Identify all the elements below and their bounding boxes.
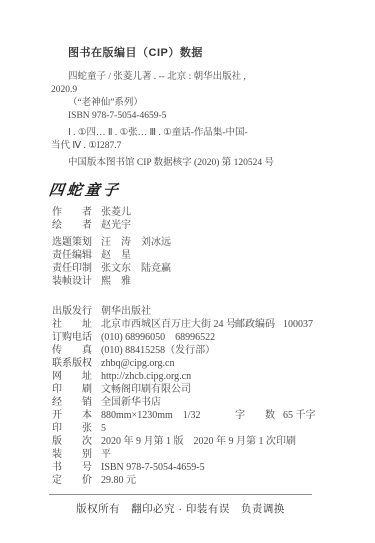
info-label: 传 真 — [52, 344, 93, 357]
publication-info: 作 者张菱儿绘 者赵光宇选题策划汪 涛 刘冰远责任编辑赵 星责任印制张文东 陆竞… — [52, 206, 375, 487]
info-label: 开 本 — [52, 409, 93, 422]
info-row: 出版发行朝华出版社 — [52, 305, 375, 318]
info-value: 张菱儿 — [101, 207, 131, 218]
info-label: 书 号 — [52, 461, 93, 474]
info-row: 开 本880mm×1230mm 1/32字 数65 千字 — [52, 409, 375, 422]
cip-line: 当代 Ⅳ . ①I287.7 — [51, 140, 347, 153]
info-label: 版 次 — [52, 435, 93, 448]
info-label: 责任编辑 — [52, 249, 93, 262]
cip-line: ISBN 978-7-5054-4659-5 — [51, 110, 347, 123]
info-label: 网 址 — [52, 370, 93, 383]
info-value: 汪 涛 刘冰远 — [101, 237, 171, 248]
info-value: 张文东 陆竞赢 — [101, 263, 171, 274]
info-label: 经 销 — [52, 396, 93, 409]
cip-line: 2020.9 — [51, 84, 347, 97]
info-label: 联系版权 — [52, 357, 93, 370]
info-label: 绘 者 — [52, 219, 93, 232]
info-value: ISBN 978-7-5054-4659-5 — [101, 462, 205, 473]
info-value: 熙 雅 — [101, 276, 131, 287]
info-row: 绘 者赵光宇 — [52, 219, 375, 232]
info-value: 朝华出版社 — [101, 306, 151, 317]
divider-line — [49, 494, 312, 495]
info-row: 装帧设计熙 雅 — [52, 275, 375, 288]
info-label: 邮政编码 — [235, 318, 275, 331]
copyright-notice: 版权所有 翻印必究 · 印装有误 负责调换 — [49, 501, 312, 516]
info-label: 出版发行 — [52, 305, 93, 318]
info-value: 100037 — [283, 319, 313, 330]
info-value: 5 — [101, 423, 106, 434]
info-row: 定 价29.80 元 — [52, 474, 375, 487]
info-row: 网 址http://zhcb.cipg.org.cn — [52, 370, 375, 383]
copyright-page: 图书在版编目（CIP）数据 四蛇童子 / 张菱儿著 . -- 北京 : 朝华出版… — [0, 0, 375, 543]
info-label: 社 址 — [52, 318, 93, 331]
info-row: 社 址北京市西城区百万庄大街 24 号邮政编码100037 — [52, 318, 375, 331]
info-row: 责任印制张文东 陆竞赢 — [52, 262, 375, 275]
info-secondary-pair: 邮政编码100037 — [235, 318, 313, 331]
cip-block: 图书在版编目（CIP）数据 四蛇童子 / 张菱儿著 . -- 北京 : 朝华出版… — [0, 0, 375, 170]
info-value: 880mm×1230mm 1/32 — [101, 410, 201, 421]
info-value: 全国新华书店 — [101, 397, 161, 408]
info-label: 装 别 — [52, 448, 93, 461]
info-row: 联系版权zhbq@cipg.org.cn — [52, 357, 375, 370]
info-row: 装 别平 — [52, 448, 375, 461]
info-value: 平 — [101, 449, 111, 460]
info-value: 29.80 元 — [101, 475, 136, 486]
book-title-calligraphy: 四蛇童子 — [48, 179, 122, 200]
info-label: 字 数 — [235, 409, 275, 422]
info-label: 印 张 — [52, 422, 93, 435]
info-row: 经 销全国新华书店 — [52, 396, 375, 409]
cip-line: （“老神仙”系列） — [51, 97, 347, 110]
cip-line: 中国版本图书馆 CIP 数据核字 (2020) 第 120524 号 — [51, 157, 347, 170]
info-value: 北京市西城区百万庄大街 24 号 — [101, 319, 236, 330]
cip-header: 图书在版编目（CIP）数据 — [68, 44, 347, 60]
info-row: 印 张5 — [52, 422, 375, 435]
info-value: (010) 88415258（发行部） — [101, 345, 215, 356]
info-value: (010) 68996050 68996522 — [101, 332, 215, 343]
info-row: 版 次2020 年 9 月第 1 版 2020 年 9 月第 1 次印刷 — [52, 435, 375, 448]
info-row: 书 号ISBN 978-7-5054-4659-5 — [52, 461, 375, 474]
info-label: 选题策划 — [52, 236, 93, 249]
info-secondary-pair: 字 数65 千字 — [235, 409, 316, 422]
info-row: 责任编辑赵 星 — [52, 249, 375, 262]
info-label: 订购电话 — [52, 331, 93, 344]
info-row: 选题策划汪 涛 刘冰远 — [52, 236, 375, 249]
info-label: 作 者 — [52, 206, 93, 219]
info-row: 作 者张菱儿 — [52, 206, 375, 219]
info-label: 定 价 — [52, 474, 93, 487]
info-value: http://zhcb.cipg.org.cn — [101, 371, 191, 382]
info-label: 印 刷 — [52, 383, 93, 396]
info-label: 责任印制 — [52, 262, 93, 275]
cip-lines: 四蛇童子 / 张菱儿著 . -- 北京 : 朝华出版社 ,2020.9（“老神仙… — [51, 71, 347, 170]
cip-line: Ⅰ . ①四… Ⅱ . ①张… Ⅲ . ①童话-作品集-中国- — [51, 127, 347, 140]
info-row: 传 真(010) 88415258（发行部） — [52, 344, 375, 357]
info-value: 赵光宇 — [101, 220, 131, 231]
info-value: 文畅阁印刷有限公司 — [101, 384, 191, 395]
info-row: 订购电话(010) 68996050 68996522 — [52, 331, 375, 344]
info-label: 装帧设计 — [52, 275, 93, 288]
info-value: 赵 星 — [101, 250, 131, 261]
info-value: 65 千字 — [283, 410, 316, 421]
info-value: zhbq@cipg.org.cn — [101, 358, 174, 369]
info-value: 2020 年 9 月第 1 版 2020 年 9 月第 1 次印刷 — [101, 436, 296, 447]
cip-line: 四蛇童子 / 张菱儿著 . -- 北京 : 朝华出版社 , — [51, 71, 347, 84]
info-row: 印 刷文畅阁印刷有限公司 — [52, 383, 375, 396]
